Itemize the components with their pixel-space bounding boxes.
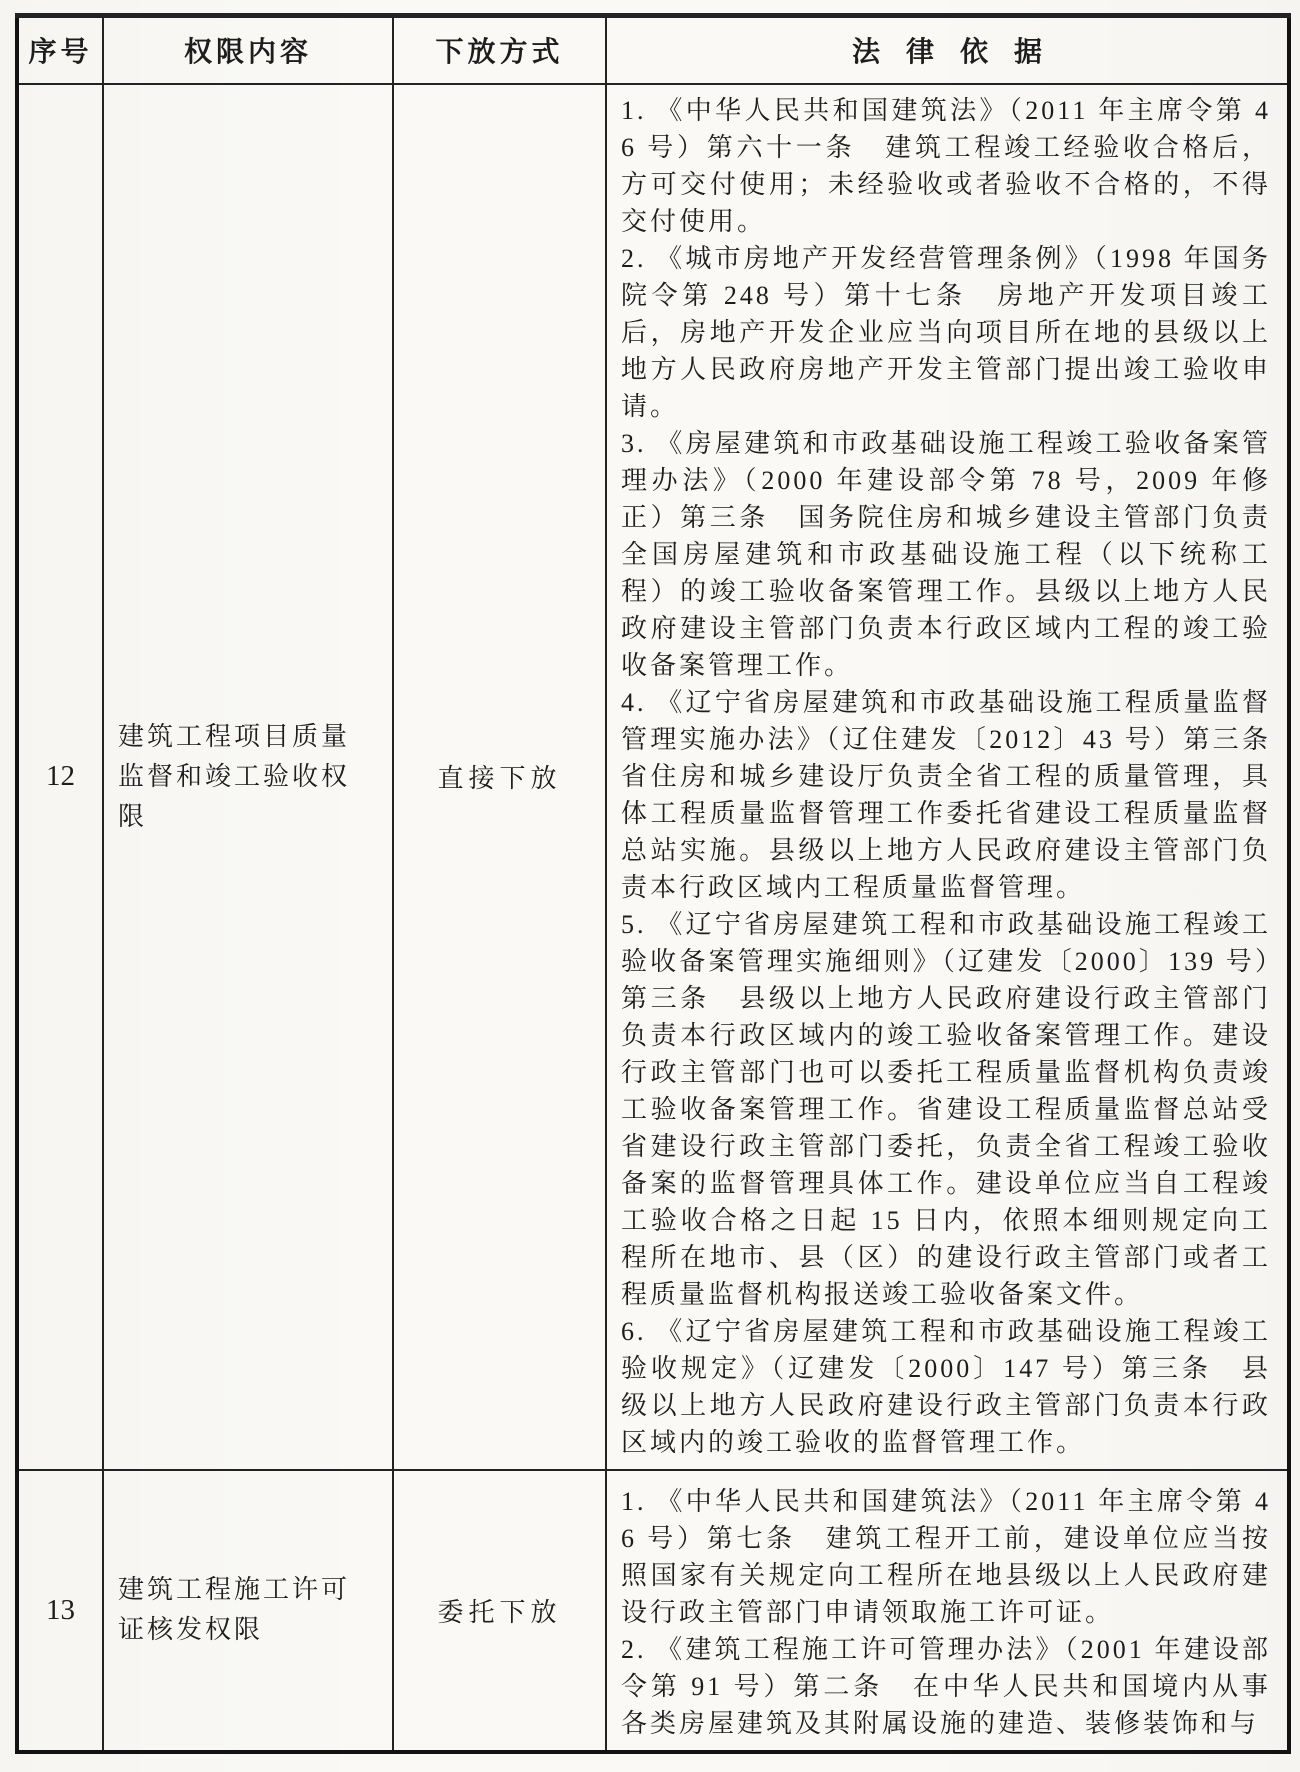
legal-item-1: 1. 《中华人民共和国建筑法》（2011 年主席令第 46 号）第七条 建筑工程… <box>621 1483 1271 1631</box>
authority-delegation-table: 序号 权限内容 下放方式 法律依据 12 建筑工程项目质量监督和竣工验收权限 直… <box>15 13 1291 1754</box>
table-header-row: 序号 权限内容 下放方式 法律依据 <box>17 16 1289 84</box>
header-authority-content: 权限内容 <box>103 16 393 84</box>
cell-serial-number-13: 13 <box>17 1470 103 1752</box>
cell-authority-content-13: 建筑工程施工许可证核发权限 <box>103 1470 393 1752</box>
legal-item-2: 2. 《城市房地产开发经营管理条例》（1998 年国务院令第 248 号）第十七… <box>621 240 1271 425</box>
cell-delegation-method-12: 直接下放 <box>393 84 606 1470</box>
header-legal-basis: 法律依据 <box>606 16 1289 84</box>
legal-item-5: 5. 《辽宁省房屋建筑工程和市政基础设施工程竣工验收备案管理实施细则》（辽建发〔… <box>621 906 1271 1313</box>
table-row-13: 13 建筑工程施工许可证核发权限 委托下放 1. 《中华人民共和国建筑法》（20… <box>17 1470 1289 1752</box>
legal-item-4: 4. 《辽宁省房屋建筑和市政基础设施工程质量监督管理实施办法》（辽住建发〔201… <box>621 684 1271 906</box>
cell-serial-number-12: 12 <box>17 84 103 1470</box>
legal-item-1: 1. 《中华人民共和国建筑法》（2011 年主席令第 46 号）第六十一条 建筑… <box>621 92 1271 240</box>
legal-item-6: 6. 《辽宁省房屋建筑工程和市政基础设施工程竣工验收规定》（辽建发〔2000〕1… <box>621 1313 1271 1461</box>
table-row-12: 12 建筑工程项目质量监督和竣工验收权限 直接下放 1. 《中华人民共和国建筑法… <box>17 84 1289 1470</box>
cell-delegation-method-13: 委托下放 <box>393 1470 606 1752</box>
cell-legal-basis-12: 1. 《中华人民共和国建筑法》（2011 年主席令第 46 号）第六十一条 建筑… <box>606 84 1289 1470</box>
header-serial-number: 序号 <box>17 16 103 84</box>
legal-item-3: 3. 《房屋建筑和市政基础设施工程竣工验收备案管理办法》（2000 年建设部令第… <box>621 425 1271 684</box>
legal-item-2: 2. 《建筑工程施工许可管理办法》（2001 年建设部令第 91 号）第二条 在… <box>621 1631 1271 1742</box>
scanned-document-page: 序号 权限内容 下放方式 法律依据 12 建筑工程项目质量监督和竣工验收权限 直… <box>0 0 1300 1772</box>
cell-legal-basis-13: 1. 《中华人民共和国建筑法》（2011 年主席令第 46 号）第七条 建筑工程… <box>606 1470 1289 1752</box>
header-delegation-method: 下放方式 <box>393 16 606 84</box>
cell-authority-content-12: 建筑工程项目质量监督和竣工验收权限 <box>103 84 393 1470</box>
